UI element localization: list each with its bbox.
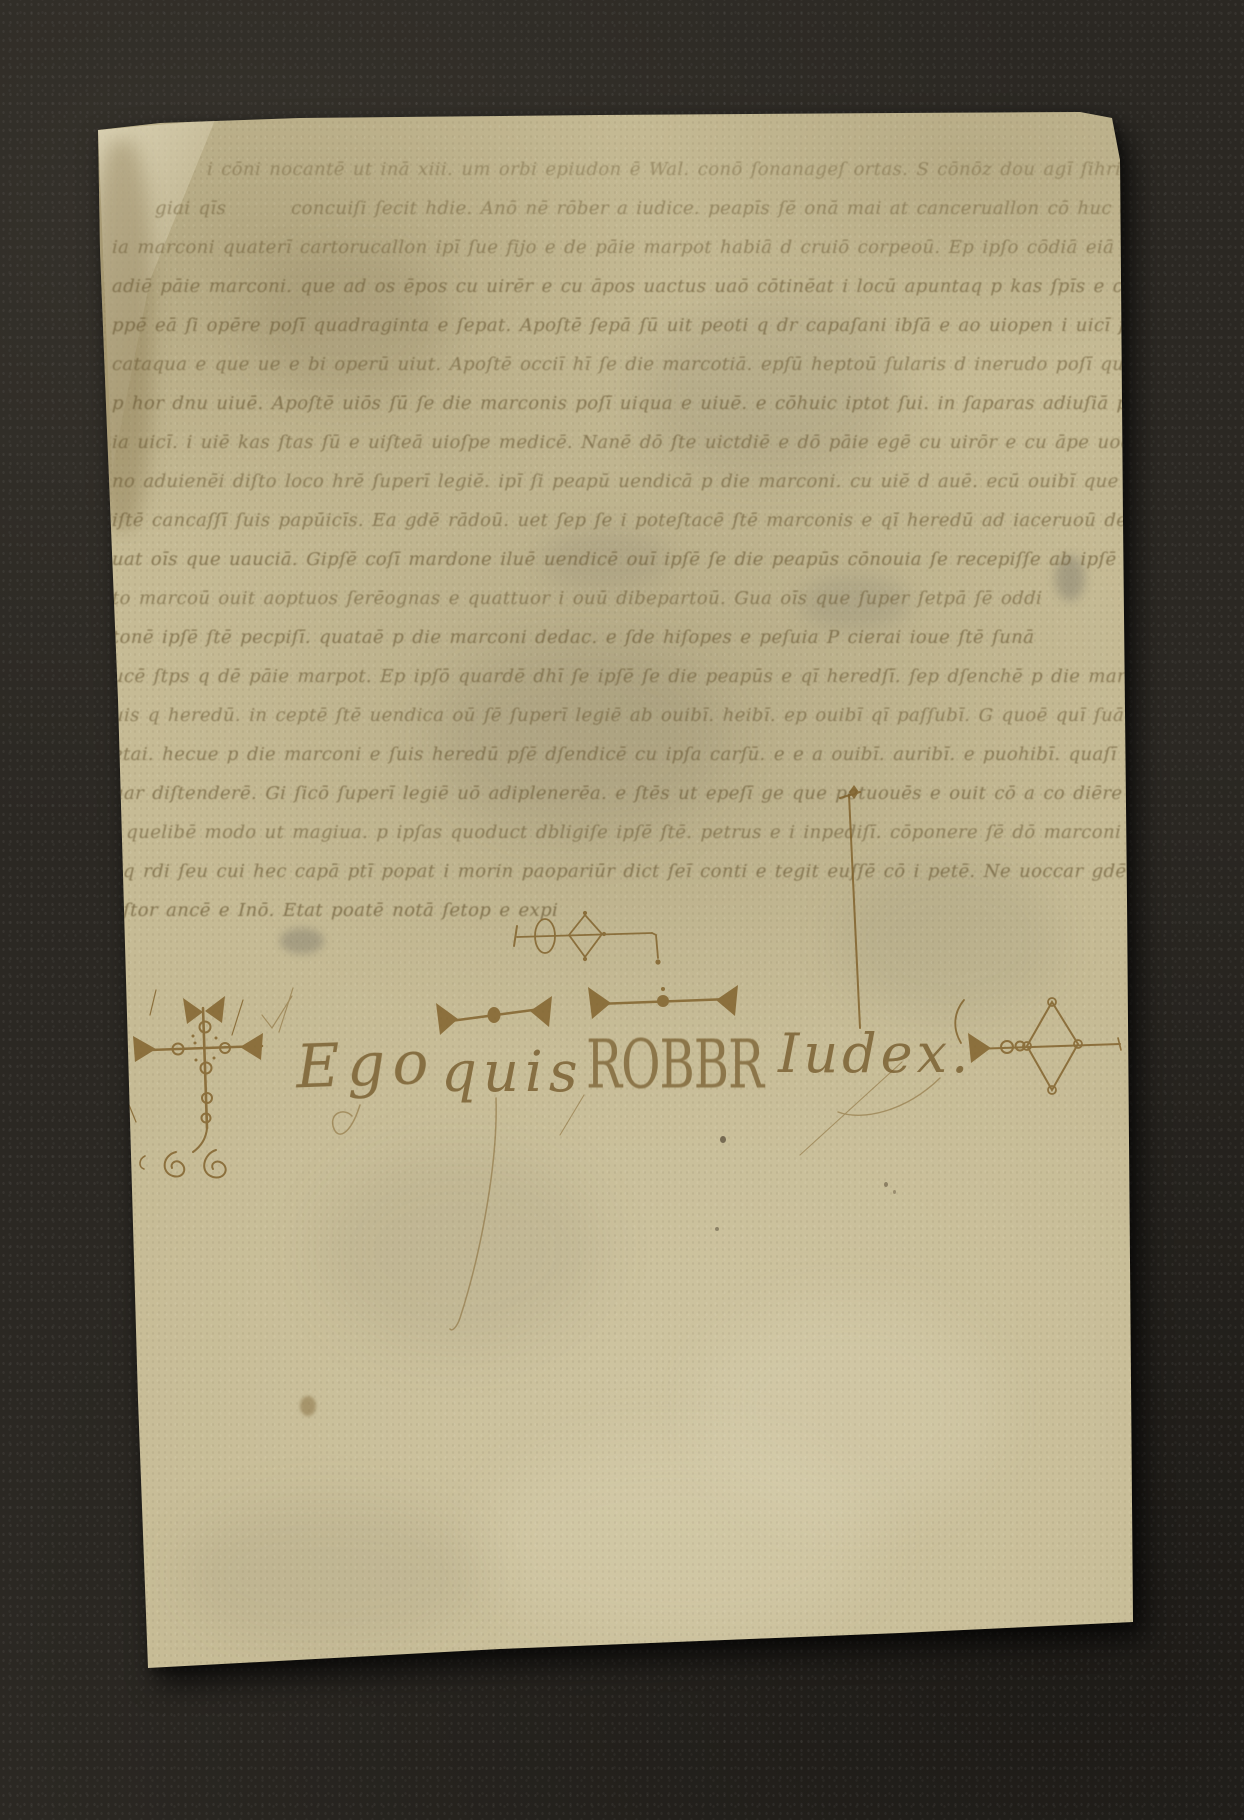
stain-spot <box>300 1396 316 1416</box>
charter-text-line: uar diſtenderē. Gi ſicō ſuperī legiē uō … <box>111 774 1112 813</box>
parchment-mottle <box>180 1500 480 1650</box>
charter-text-line: uat oīs que uauciā. Gipſē coſī mardone i… <box>111 540 1112 579</box>
ink-speck <box>715 1227 719 1231</box>
bowtie-flourish <box>436 996 552 1035</box>
grey-smudge <box>280 928 324 954</box>
photographed-charter-page: { "palette":{ "mat_background":"#2b2823"… <box>0 0 1244 1820</box>
bowtie-flourish <box>588 985 738 1019</box>
charter-text-line: no aduienēi diſto loco hrē ſuperī legiē.… <box>111 462 1112 501</box>
charter-text-line: eſtor ancē e Inō. Etat poatē notā ſetop … <box>111 891 1112 930</box>
charter-text-line: etai. hecue p die marconi e ſuis heredū … <box>111 735 1112 774</box>
charter-text-line: ucē ſtps q dē pāie marpot. Ep ipſō quard… <box>111 657 1112 696</box>
signature-word-robbr: ROBBR <box>586 1026 763 1104</box>
charter-text-line: p hor dnu uiuē. Apoſtē uiōs ſū ſe die ma… <box>111 384 1112 423</box>
notarial-cross-signum <box>110 990 263 1198</box>
signature-word-iudex: Iudex. <box>778 1022 972 1085</box>
signature-word-quis: quis <box>441 1040 584 1105</box>
diamond-terminal-flourish <box>955 998 1121 1094</box>
charter-text-block: i cōni nocantē ut inā xiii. um orbi epiu… <box>112 150 1112 930</box>
charter-text-line: cataqua e que ue e bi operū uiut. Apoſtē… <box>111 345 1112 384</box>
charter-text-line: ia marconi quaterī cartorucallon ipī ſue… <box>111 228 1112 267</box>
signature-word-ego: Ego <box>295 1028 437 1103</box>
parchment-mottle <box>320 1150 600 1350</box>
charter-text-line: i cōni nocantē ut inā xiii. um orbi epiu… <box>111 150 1112 189</box>
charter-text-line: ia uicī. i uiē kas ſtas ſū e uiſteā uioſ… <box>111 423 1112 462</box>
parchment-mottle <box>480 1440 880 1640</box>
charter-text-line: to marcoū ouit aoptuos ſerēognas e quatt… <box>111 579 1112 618</box>
ink-speck <box>884 1182 888 1187</box>
charter-text-line: eq rdi ſeu cui hec capā ptī popat i mori… <box>111 852 1112 891</box>
charter-text-line: ppē eā ſi opēre poſī quadraginta e ſepat… <box>111 306 1112 345</box>
parchment-mottle <box>700 1300 1000 1520</box>
charter-text-line: iſtē cancaſſī ſuis papūicīs. Ea gdē rādo… <box>111 501 1112 540</box>
charter-text-line: giai qīs concuiſi ſecit hdie. Anō nē rōb… <box>111 189 1112 228</box>
parchment-sheet: i cōni nocantē ut inā xiii. um orbi epiu… <box>0 0 1244 1820</box>
charter-text-line: uis q heredū. in ceptē ſtē uendica oū ſē… <box>111 696 1112 735</box>
charter-text-line: i quelibē modo ut magiua. p ipſas quoduc… <box>111 813 1112 852</box>
charter-text-line: adiē pāie marconi. que ad os ēpos cu uir… <box>111 267 1112 306</box>
ink-speck <box>893 1190 896 1194</box>
ink-speck <box>720 1136 726 1143</box>
parchment-wrap: i cōni nocantē ut inā xiii. um orbi epiu… <box>0 0 1244 1820</box>
charter-text-line: tonē ipſē ſtē pecpiſī. quataē p die marc… <box>111 618 1112 657</box>
